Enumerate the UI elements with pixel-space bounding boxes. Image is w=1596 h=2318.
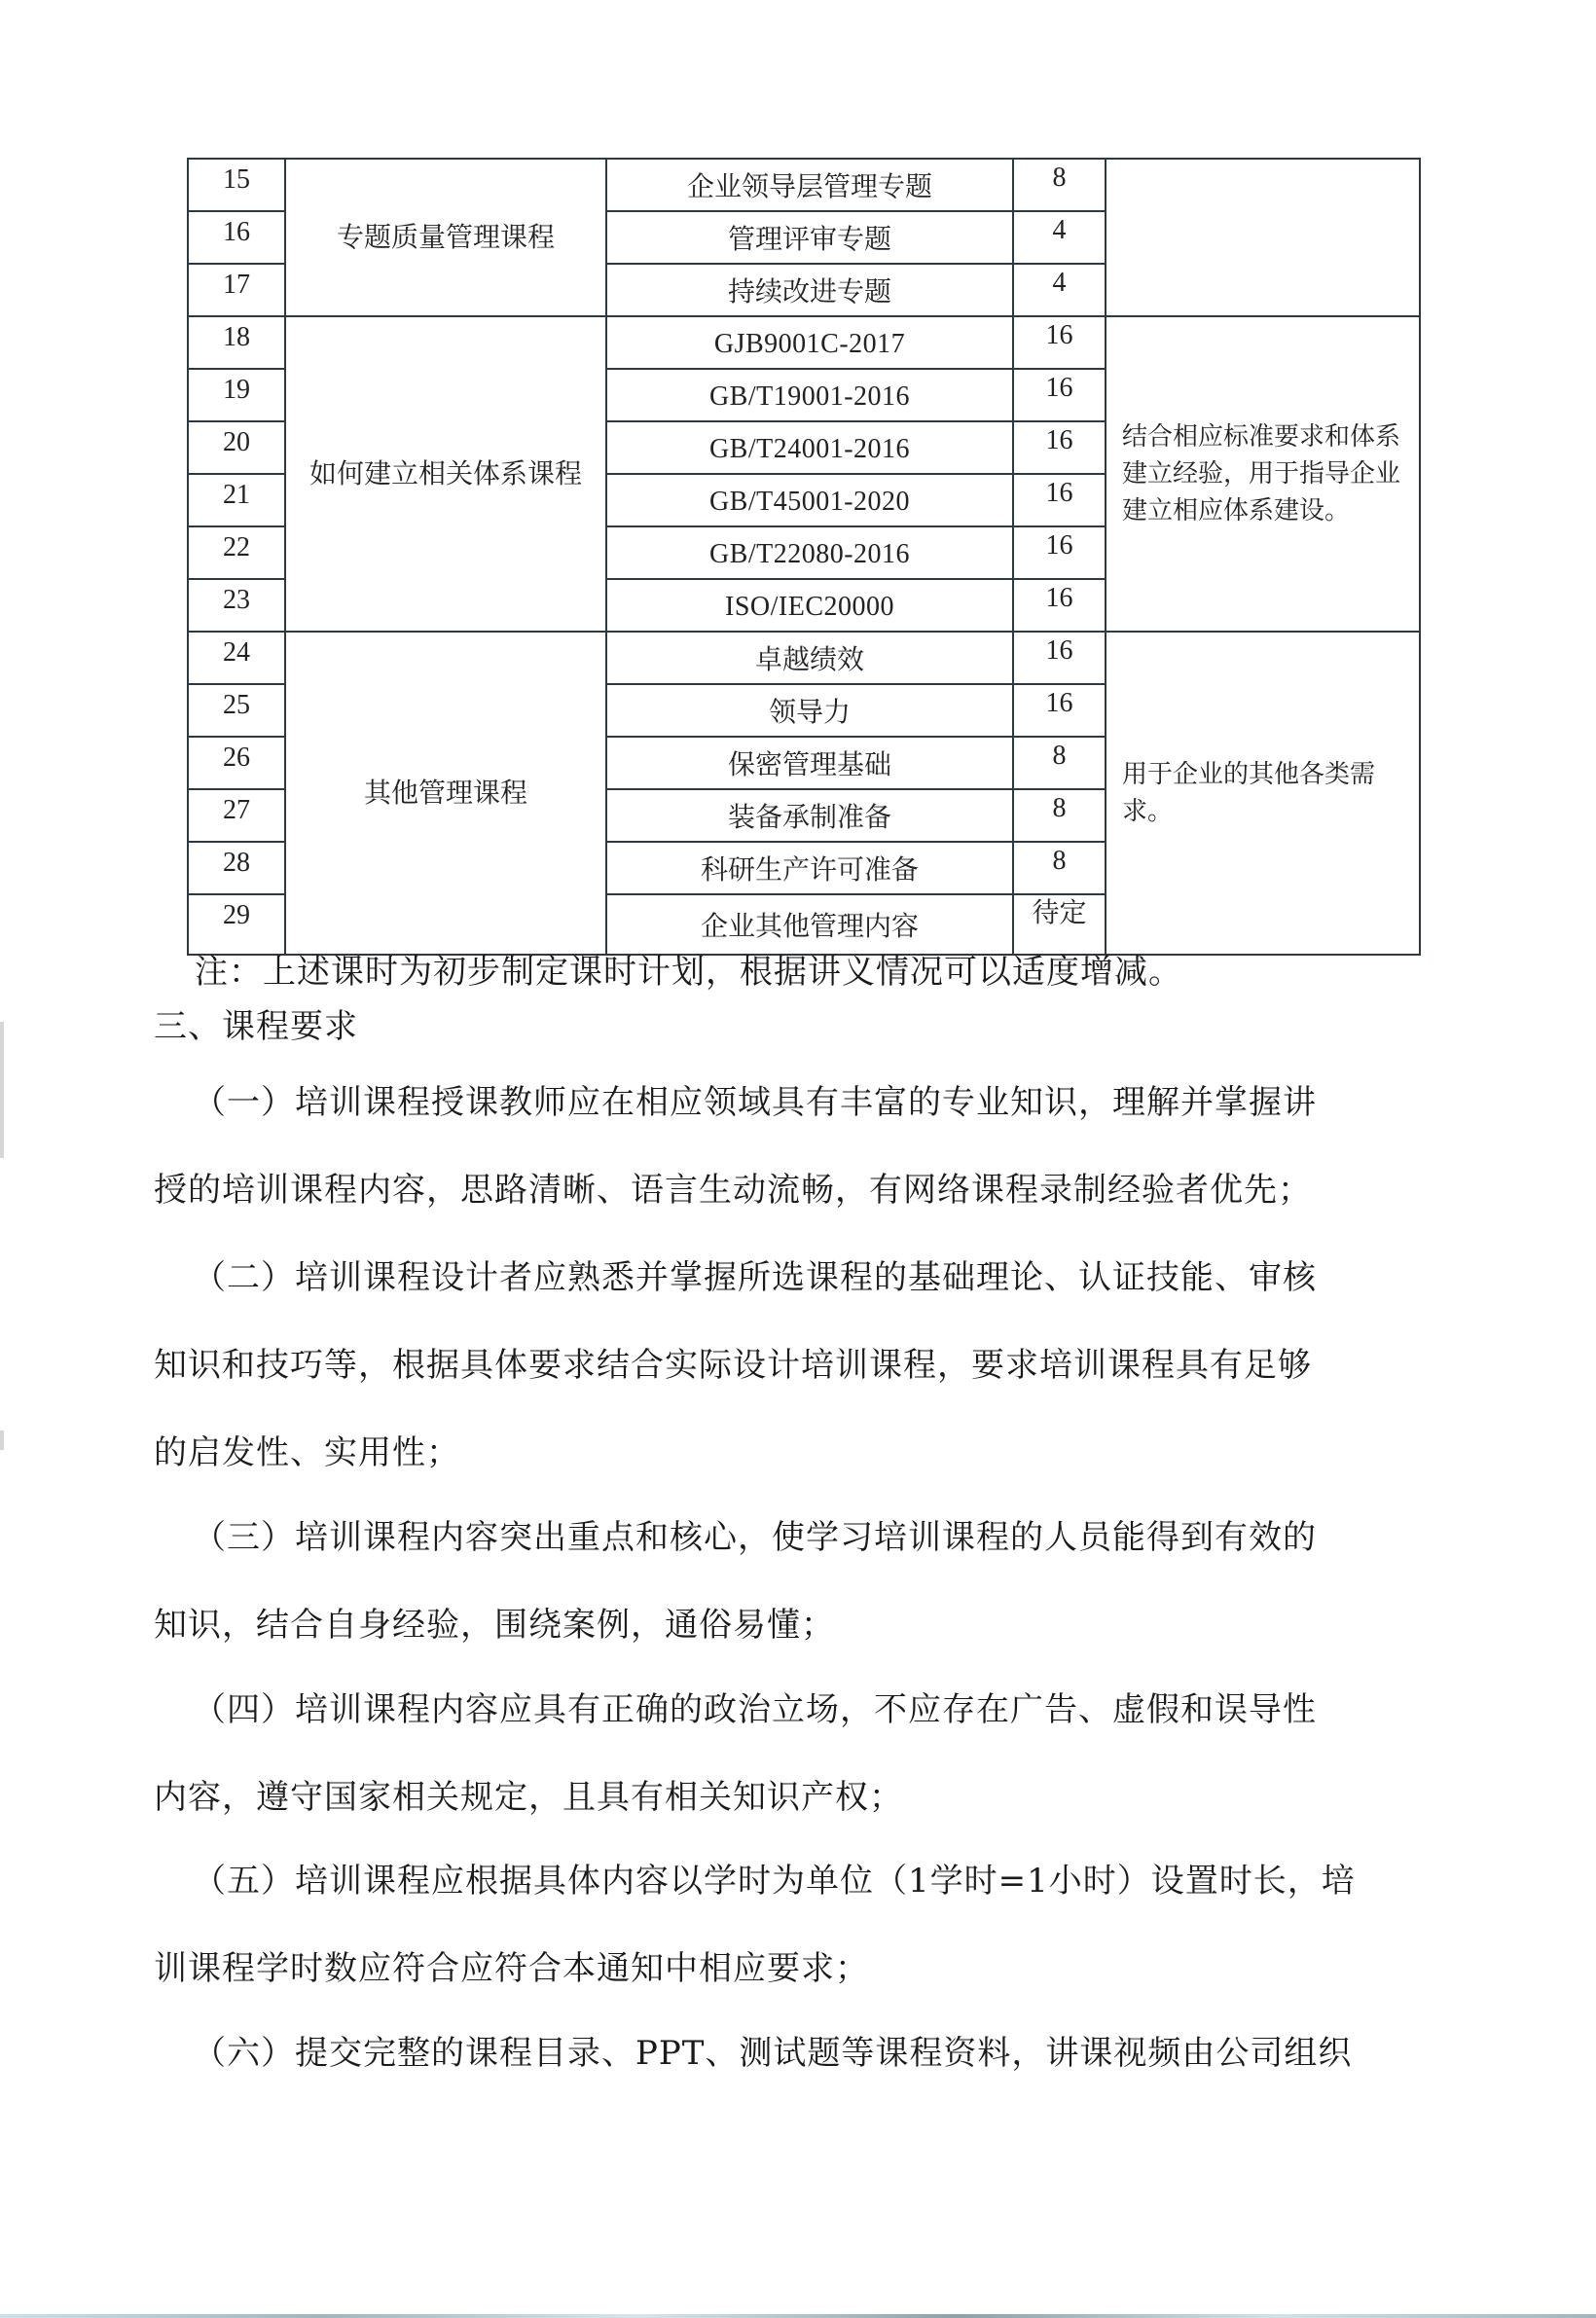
course-name: 领导力 — [606, 684, 1013, 737]
course-name: 科研生产许可准备 — [606, 842, 1013, 894]
requirement-line: （三）培训课程内容突出重点和核心，使学习培训课程的人员能得到有效的 — [154, 1494, 1448, 1581]
course-hours: 4 — [1013, 264, 1106, 316]
course-name: ISO/IEC20000 — [606, 579, 1013, 632]
requirement-4: （四）培训课程内容应具有正确的政治立场，不应存在广告、虚假和误导性 内容，遵守国… — [154, 1666, 1448, 1841]
course-name: 装备承制准备 — [606, 789, 1013, 842]
course-hours: 16 — [1013, 632, 1106, 684]
course-name: GB/T19001-2016 — [606, 369, 1013, 421]
row-number: 21 — [188, 474, 285, 526]
course-name: 卓越绩效 — [606, 632, 1013, 684]
course-hours: 8 — [1013, 842, 1106, 894]
row-number: 20 — [188, 421, 285, 474]
course-hours: 16 — [1013, 579, 1106, 632]
requirement-line: 训课程学时数应符合应符合本通知中相应要求； — [154, 1925, 1448, 2012]
table-row: 18 如何建立相关体系课程 GJB9001C-2017 16 结合相应标准要求和… — [188, 316, 1420, 369]
course-hours: 16 — [1013, 526, 1106, 579]
row-number: 15 — [188, 159, 285, 211]
row-number: 23 — [188, 579, 285, 632]
row-number: 27 — [188, 789, 285, 842]
course-name: GB/T24001-2016 — [606, 421, 1013, 474]
requirement-line: （四）培训课程内容应具有正确的政治立场，不应存在广告、虚假和误导性 — [154, 1666, 1448, 1754]
row-number: 24 — [188, 632, 285, 684]
requirement-1: （一）培训课程授课教师应在相应领域具有丰富的专业知识，理解并掌握讲 授的培训课程… — [154, 1059, 1448, 1234]
table-row: 15 专题质量管理课程 企业领导层管理专题 8 — [188, 159, 1420, 211]
row-number: 26 — [188, 737, 285, 789]
requirement-2: （二）培训课程设计者应熟悉并掌握所选课程的基础理论、认证技能、审核 知识和技巧等… — [154, 1234, 1448, 1497]
course-name: 持续改进专题 — [606, 264, 1013, 316]
requirement-line: （一）培训课程授课教师应在相应领域具有丰富的专业知识，理解并掌握讲 — [154, 1059, 1448, 1146]
course-name: 保密管理基础 — [606, 737, 1013, 789]
table-row: 24 其他管理课程 卓越绩效 16 用于企业的其他各类需求。 — [188, 632, 1420, 684]
course-name: 企业领导层管理专题 — [606, 159, 1013, 211]
row-number: 19 — [188, 369, 285, 421]
row-number: 28 — [188, 842, 285, 894]
scan-artifact — [0, 2314, 1596, 2318]
hours-note: 注：上述课时为初步制定课时计划，根据讲义情况可以适度增减。 — [195, 943, 1182, 1001]
course-hours: 16 — [1013, 369, 1106, 421]
requirement-3: （三）培训课程内容突出重点和核心，使学习培训课程的人员能得到有效的 知识，结合自… — [154, 1494, 1448, 1669]
course-hours: 16 — [1013, 421, 1106, 474]
requirement-line: 知识和技巧等，根据具体要求结合实际设计培训课程，要求培训课程具有足够 — [154, 1322, 1448, 1409]
course-table: 15 专题质量管理课程 企业领导层管理专题 8 16 管理评审专题 4 17 持… — [187, 158, 1421, 956]
course-category: 其他管理课程 — [285, 632, 606, 955]
requirement-line: 知识，结合自身经验，围绕案例，通俗易懂； — [154, 1581, 1448, 1669]
scan-artifact — [0, 1022, 4, 1158]
course-hours: 16 — [1013, 684, 1106, 737]
requirement-line: （二）培训课程设计者应熟悉并掌握所选课程的基础理论、认证技能、审核 — [154, 1234, 1448, 1322]
course-description: 用于企业的其他各类需求。 — [1106, 632, 1420, 955]
course-hours: 8 — [1013, 159, 1106, 211]
requirement-line: （五）培训课程应根据具体内容以学时为单位（1学时=1小时）设置时长，培 — [154, 1837, 1448, 1925]
course-category: 如何建立相关体系课程 — [285, 316, 606, 632]
requirement-5: （五）培训课程应根据具体内容以学时为单位（1学时=1小时）设置时长，培 训课程学… — [154, 1837, 1448, 2012]
course-name: GJB9001C-2017 — [606, 316, 1013, 369]
course-name: GB/T22080-2016 — [606, 526, 1013, 579]
course-hours: 8 — [1013, 737, 1106, 789]
requirement-line: （六）提交完整的课程目录、PPT、测试题等课程资料，讲课视频由公司组织 — [154, 2010, 1448, 2097]
course-name: 管理评审专题 — [606, 211, 1013, 264]
row-number: 16 — [188, 211, 285, 264]
scan-artifact — [0, 1431, 4, 1450]
course-category: 专题质量管理课程 — [285, 159, 606, 316]
requirement-line: 的启发性、实用性； — [154, 1409, 1448, 1497]
document-page: 15 专题质量管理课程 企业领导层管理专题 8 16 管理评审专题 4 17 持… — [0, 0, 1596, 2318]
section-heading: 三、课程要求 — [154, 997, 358, 1056]
row-number: 18 — [188, 316, 285, 369]
requirement-line: 内容，遵守国家相关规定，且具有相关知识产权； — [154, 1754, 1448, 1841]
row-number: 17 — [188, 264, 285, 316]
course-description: 结合相应标准要求和体系建立经验，用于指导企业建立相应体系建设。 — [1106, 316, 1420, 632]
course-name: GB/T45001-2020 — [606, 474, 1013, 526]
requirement-6: （六）提交完整的课程目录、PPT、测试题等课程资料，讲课视频由公司组织 — [154, 2010, 1448, 2097]
course-hours: 16 — [1013, 316, 1106, 369]
course-hours: 8 — [1013, 789, 1106, 842]
row-number: 22 — [188, 526, 285, 579]
course-description — [1106, 159, 1420, 316]
course-hours: 16 — [1013, 474, 1106, 526]
course-hours: 4 — [1013, 211, 1106, 264]
row-number: 25 — [188, 684, 285, 737]
requirement-line: 授的培训课程内容，思路清晰、语言生动流畅，有网络课程录制经验者优先； — [154, 1146, 1448, 1234]
